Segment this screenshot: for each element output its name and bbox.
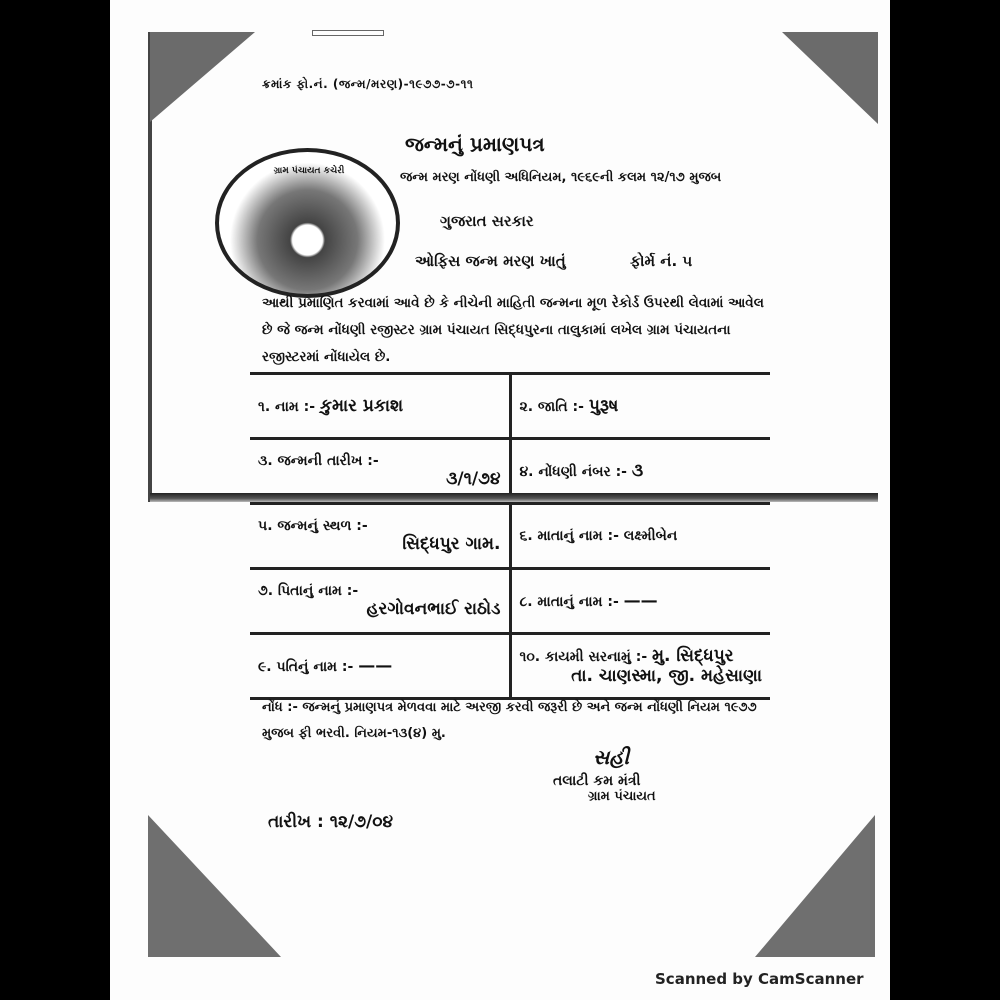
paper-fold-crease — [150, 493, 878, 502]
certificate-subtitle: જન્મ મરણ નોંધણી અધિનિયમ, ૧૯૬૯ની કલમ ૧૨/૧… — [400, 170, 721, 185]
details-table: ૧. નામ :- કુમાર પ્રકાશ ૨. જાતિ :- પુરૂષ … — [250, 372, 770, 700]
certification-paragraph: આથી પ્રમાણિત કરવામાં આવે છે કે નીચેની મા… — [262, 290, 772, 371]
field-mother-name: ૬. માતાનું નામ :- લક્ષ્મીબેન — [510, 504, 770, 569]
header-reference: ક્રમાંક ફો.નં. (જન્મ/મરણ)-૧૯૭૭-૭-૧૧ — [262, 77, 473, 92]
table-row: ૭. પિતાનું નામ :-હરગોવનભાઈ રાઠોડ ૮. માતા… — [250, 569, 770, 634]
office-name: ઓફિસ જન્મ મરણ ખાતું — [415, 252, 566, 270]
government-name: ગુજરાત સરકાર — [440, 212, 534, 230]
field-gender: ૨. જાતિ :- પુરૂષ — [510, 374, 770, 439]
field-permanent-address: ૧૦. કાયમી સરનામું :- મુ. સિદ્ધપુરતા. ચાણ… — [510, 634, 770, 699]
field-birth-place: ૫. જન્મનું સ્થળ :-સિદ્ધપુર ગામ. — [250, 504, 510, 569]
signature: સહી — [593, 745, 753, 769]
signatory-title: તલાટી કમ મંત્રી — [553, 773, 753, 789]
official-stamp-icon: ગ્રામ પંચાયત કચેરી — [215, 148, 400, 298]
tape-strip — [312, 30, 384, 36]
field-husband-name: ૯. પતિનું નામ :- —— — [250, 634, 510, 699]
field-mother-name-2: ૮. માતાનું નામ :- —— — [510, 569, 770, 634]
photo-corner-top-left — [150, 32, 255, 122]
note-text: નોંધ :- જન્મનું પ્રમાણપત્ર મેળવવા માટે અ… — [262, 695, 782, 747]
photo-corner-bottom-left — [148, 815, 281, 957]
issue-date: તારીખ : ૧૨/૭/૦૪ — [268, 812, 393, 832]
table-row: ૯. પતિનું નામ :- —— ૧૦. કાયમી સરનામું :-… — [250, 634, 770, 699]
signatory-office: ગ્રામ પંચાયત — [588, 789, 753, 804]
signature-block: સહી તલાટી કમ મંત્રી ગ્રામ પંચાયત — [553, 745, 753, 804]
scanner-watermark: Scanned by CamScanner — [655, 970, 864, 988]
photo-corner-top-right — [782, 32, 878, 124]
table-row: ૫. જન્મનું સ્થળ :-સિદ્ધપુર ગામ. ૬. માતાન… — [250, 504, 770, 569]
table-row: ૧. નામ :- કુમાર પ્રકાશ ૨. જાતિ :- પુરૂષ — [250, 374, 770, 439]
field-name: ૧. નામ :- કુમાર પ્રકાશ — [250, 374, 510, 439]
certificate-title: જન્મનું પ્રમાણપત્ર — [405, 132, 545, 156]
stamp-text: ગ્રામ પંચાયત કચેરી — [229, 166, 389, 176]
photo-corner-bottom-right — [755, 815, 875, 957]
field-father-name: ૭. પિતાનું નામ :-હરગોવનભાઈ રાઠોડ — [250, 569, 510, 634]
form-number: ફોર્મ નં. ૫ — [630, 252, 692, 270]
